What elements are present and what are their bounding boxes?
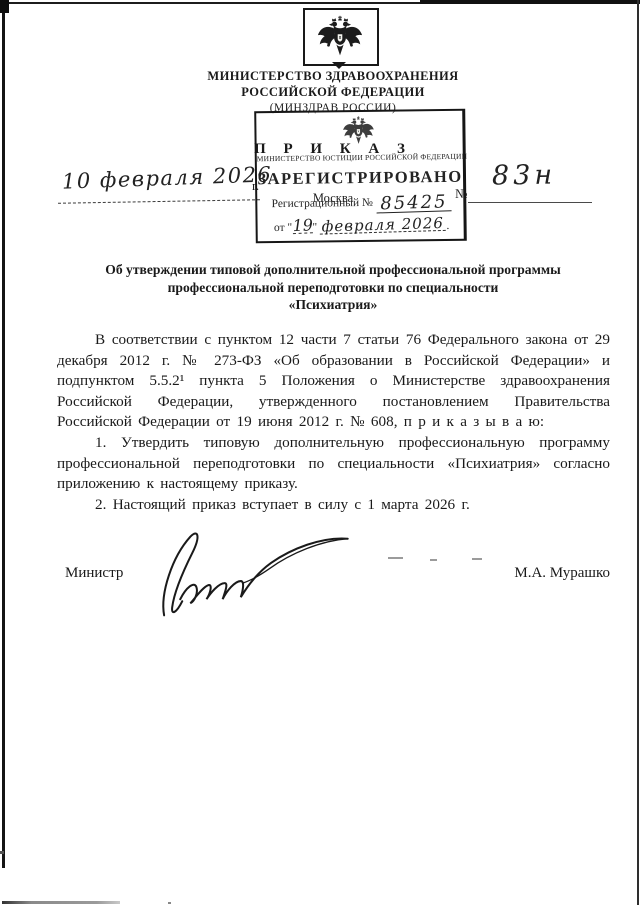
- order-body: В соответствии с пунктом 12 части 7 стат…: [57, 330, 610, 515]
- scanned-order-page: МИНИСТЕРСТВО ЗДРАВООХРАНЕНИЯ РОССИЙСКОЙ …: [0, 0, 640, 905]
- stamp-registration-line: Регистрационный № 85425: [265, 195, 457, 214]
- scan-edge-corner: [0, 0, 9, 13]
- signer-position-title: Министр: [65, 565, 123, 582]
- stamp-reg-label: Регистрационный №: [271, 197, 373, 210]
- order-title-line1: Об утверждении типовой дополнительной пр…: [28, 261, 638, 279]
- stamp-period: .: [446, 220, 449, 232]
- stamp-authority: МИНИСТЕРСТВО ЮСТИЦИИ РОССИЙСКОЙ ФЕДЕРАЦИ…: [257, 152, 463, 164]
- stamp-date-day-handwritten: 19: [292, 218, 313, 234]
- coat-of-arms-box: [303, 8, 379, 66]
- handwritten-date: 10 февраля 2026: [62, 162, 273, 193]
- ministry-name-line2: РОССИЙСКОЙ ФЕДЕРАЦИИ: [28, 84, 638, 100]
- stamp-reg-number-handwritten: 85425: [376, 194, 452, 213]
- body-paragraph-preamble: В соответствии с пунктом 12 части 7 стат…: [57, 330, 610, 433]
- scan-edge-right: [637, 0, 639, 905]
- scan-speck: [168, 902, 171, 904]
- order-title-line3: «Психиатрия»: [28, 296, 638, 314]
- coat-of-arms-icon: [317, 14, 363, 60]
- scan-speck: [0, 851, 4, 854]
- pen-dash-mark: [388, 557, 403, 559]
- registration-stamp: МИНИСТЕРСТВО ЮСТИЦИИ РОССИЙСКОЙ ФЕДЕРАЦИ…: [254, 109, 467, 244]
- stamp-status: ЗАРЕГИСТРИРОВАНО: [257, 167, 463, 190]
- stamp-date-rest-handwritten: февраля 2026: [320, 216, 447, 235]
- signature-icon: [150, 528, 382, 620]
- body-paragraph-item2: 2. Настоящий приказ вступает в силу с 1 …: [57, 495, 610, 516]
- ministry-name: МИНИСТЕРСТВО ЗДРАВООХРАНЕНИЯ РОССИЙСКОЙ …: [28, 68, 638, 100]
- body-paragraph-item1: 1. Утвердить типовую дополнительную проф…: [57, 433, 610, 495]
- scan-edge-left: [2, 0, 5, 868]
- stamp-date-prefix: от: [274, 222, 285, 234]
- scan-edge-top-thick: [420, 0, 640, 4]
- signer-name: М.А. Мурашко: [430, 565, 610, 582]
- ministry-name-line1: МИНИСТЕРСТВО ЗДРАВООХРАНЕНИЯ: [28, 68, 638, 84]
- stamp-date-line: от "19" февраля 2026.: [266, 217, 458, 234]
- pen-dash-mark: [472, 558, 482, 560]
- pen-dash-mark: [430, 559, 437, 561]
- order-title: Об утверждении типовой дополнительной пр…: [28, 261, 638, 314]
- scan-edge-bottom-bar: [2, 901, 120, 904]
- stamp-eagle-icon: [342, 113, 374, 149]
- order-title-line2: профессиональной переподготовки по специ…: [28, 279, 638, 297]
- handwritten-order-number: 83н: [492, 159, 557, 191]
